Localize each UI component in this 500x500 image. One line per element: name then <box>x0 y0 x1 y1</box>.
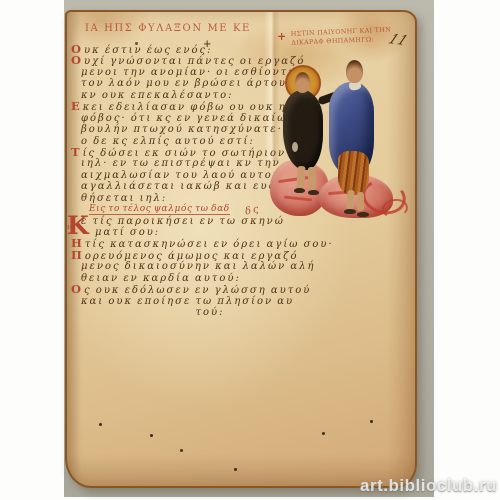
line-text: Εις το τέλος ψαλμός τω δαδ <box>89 204 230 215</box>
line-text: ς ουκ εδόλωσεν εν γλώσση αυτού <box>84 285 311 296</box>
john-baptist-leg <box>308 167 317 190</box>
john-baptist-foot <box>294 188 305 193</box>
line-text: θήσεται ιηλ: <box>81 193 167 204</box>
line-text: τίς κατασκηνώσει εν όρει αγίω σου· <box>85 239 334 250</box>
drop-cap-initial: Ο <box>71 53 83 67</box>
line-text: ορευόμενος άμωμος και εργαζό <box>85 251 299 262</box>
john-baptist-head <box>295 72 310 93</box>
paint-loss-patch <box>292 142 298 152</box>
prophet-leg <box>357 192 364 211</box>
john-baptist-body <box>283 90 323 170</box>
line-text: κν ουκ επεκαλέσαντο: <box>81 90 234 101</box>
drop-cap-initial: Τ <box>71 145 82 159</box>
parchment-specks <box>67 12 70 15</box>
line-text: μενος δικαιοσύνην και λαλών αλή <box>81 261 316 272</box>
manuscript-photo: ΙΑ ΗΠΣ ΦΥΛΑΞΟΝ ΜΕ ΚΕ + + ΗΣΤΙΝ ΠΑΙΥΟΝΗΓ … <box>0 0 500 500</box>
john-baptist-foot <box>308 190 319 195</box>
manuscript-text-line: Ος ουκ εδόλωσεν εν γλώσση αυτού <box>81 284 339 295</box>
manuscript-text-line: θειαν εν καρδία αυτού: <box>81 273 339 284</box>
drop-cap-initial: Ο <box>71 282 83 296</box>
john-baptist-leg <box>296 166 305 190</box>
watermark: art.biblioclub.ru <box>360 476 497 496</box>
cross-icon: + <box>277 30 286 43</box>
manuscript-text-line: Ητίς κατασκηνώσει εν όρει αγίω σου· <box>81 238 339 249</box>
psalm-running-title: ΙΑ ΗΠΣ ΦΥΛΑΞΟΝ ΜΕ ΚΕ <box>85 23 275 34</box>
drop-cap-initial: Ε <box>71 99 82 113</box>
line-text: ε τίς παροικήσει εν τω σκηνώ <box>81 216 285 227</box>
manuscript-text-line: Πορευόμενος άμωμος και εργαζό <box>81 250 339 261</box>
prophet-head <box>346 60 363 83</box>
prophet-foot <box>357 212 369 217</box>
line-text: υκ έστιν έως ενός: <box>84 45 212 56</box>
margin-mark: ις <box>67 223 74 231</box>
manuscript-text-line: και ουκ εποίησε τω πλησίον αυ <box>81 296 339 307</box>
drop-cap-initial: Π <box>71 248 84 262</box>
line-text: θειαν εν καρδία αυτού: <box>81 273 241 284</box>
line-text: τού: <box>195 307 224 318</box>
line-text: αιχμαλωσίαν του λαού αυτού <box>81 170 281 181</box>
line-text: και ουκ εποίησε τω πλησίον αυ <box>81 296 294 307</box>
prophet-leg <box>346 190 354 210</box>
prophet-tunic <box>338 151 369 195</box>
manuscript-text-line: τού: <box>81 307 339 318</box>
manuscript-text-line: μενος δικαιοσύνην και λαλών αλή <box>81 261 339 272</box>
line-text: ο δε κς ελπίς αυτού εστί: <box>81 136 255 147</box>
line-text: βουλήν πτωχού κατησχύνατε· <box>81 124 283 135</box>
line-text: ματί σου: <box>95 227 160 238</box>
manuscript-page: ΙΑ ΗΠΣ ΦΥΛΑΞΟΝ ΜΕ ΚΕ + + ΗΣΤΙΝ ΠΑΙΥΟΝΗΓ … <box>65 10 417 488</box>
line-text: ιηλ· εν τω επιστρέψαι κν την <box>81 158 281 169</box>
prophet-foot <box>344 209 356 214</box>
miniature-illustration <box>262 50 418 230</box>
